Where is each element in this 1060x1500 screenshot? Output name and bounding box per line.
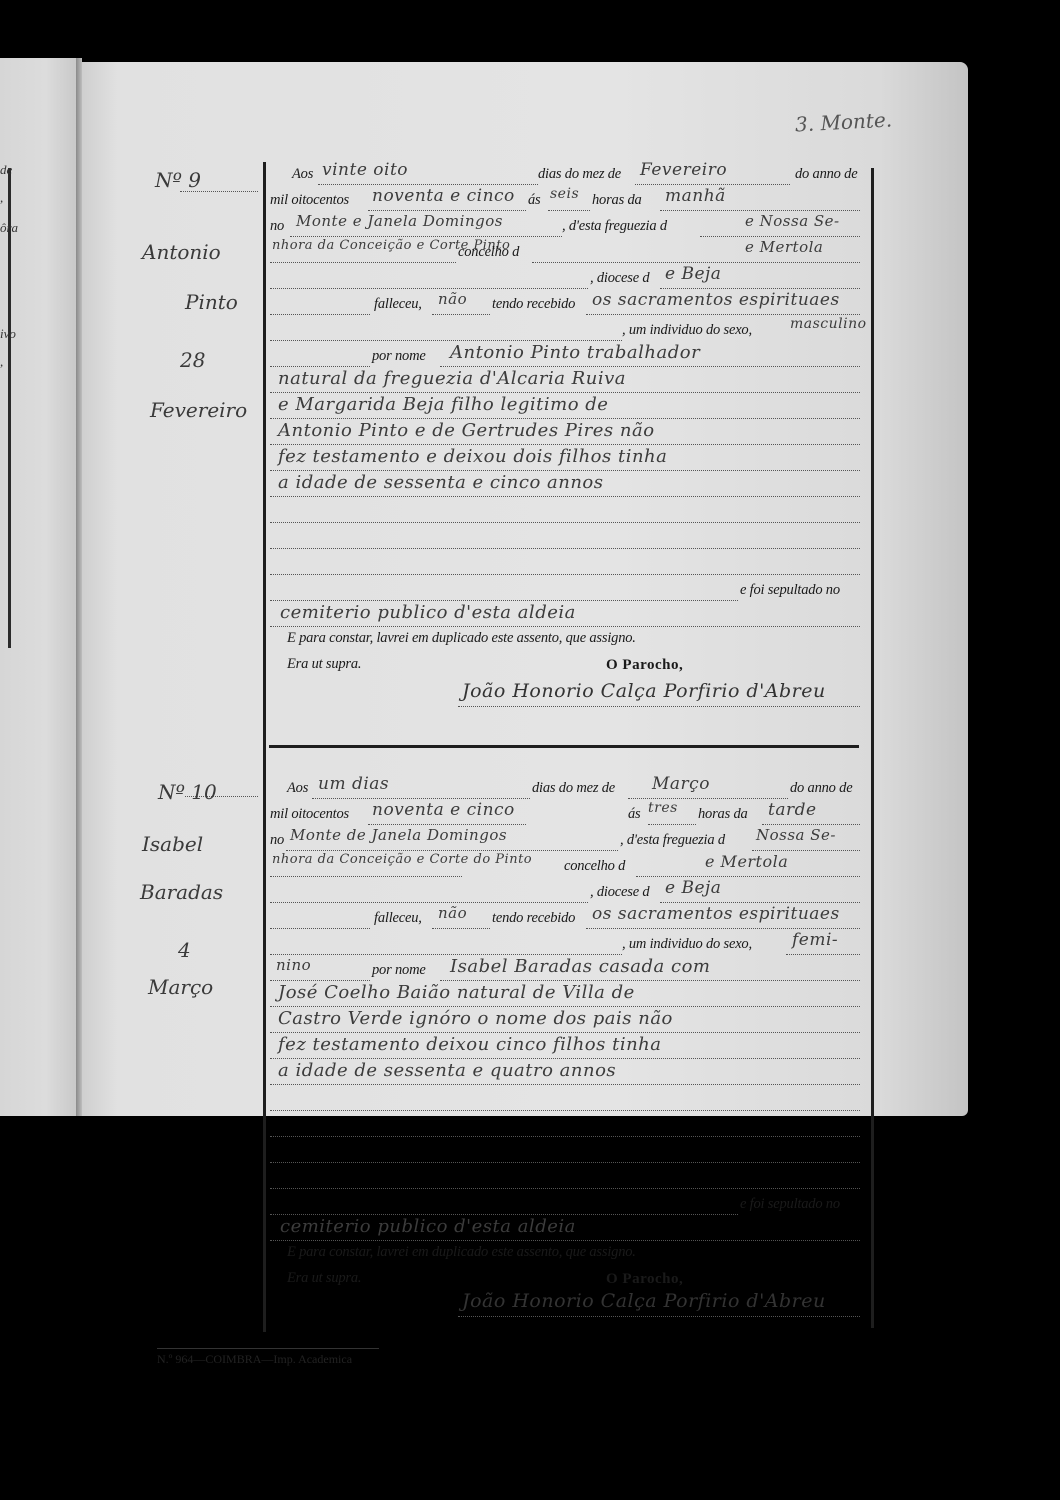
dotted-line: [270, 928, 370, 929]
dotted-line: [270, 366, 370, 367]
priest-signature: João Honorio Calça Porfirio d'Abreu: [462, 680, 826, 702]
dotted-line: [270, 548, 860, 549]
dotted-line: [752, 850, 860, 851]
dotted-line: [270, 1110, 860, 1111]
label-por-nome: por nome: [372, 962, 426, 979]
dotted-line: [648, 824, 696, 825]
margin-name-last: Baradas: [140, 880, 223, 904]
dotted-line: [270, 1162, 860, 1163]
body-line: fez testamento deixou cinco filhos tinha: [278, 1034, 662, 1055]
dotted-line: [270, 340, 622, 341]
label-freguezia: , d'esta freguezia d: [562, 218, 667, 235]
dotted-line: [368, 210, 526, 211]
label-concelho: concelho d: [458, 244, 519, 261]
label-as: ás: [628, 806, 641, 823]
label-concelho: concelho d: [564, 858, 625, 875]
dotted-line: [786, 954, 860, 955]
month-value: Março: [652, 774, 710, 794]
label-mil-oitocentos: mil oitocentos: [270, 192, 349, 209]
dotted-line: [270, 574, 860, 575]
dotted-line: [660, 902, 860, 903]
label-dias-do-mez: dias do mez de: [538, 166, 621, 183]
parish-value-a: Nossa Se-: [756, 826, 836, 844]
left-page-fragment: ivo: [0, 326, 16, 342]
dotted-line: [636, 876, 860, 877]
label-horas-da: horas da: [592, 192, 642, 209]
label-sexo: , um individuo do sexo,: [622, 936, 752, 953]
margin-name-first: Antonio: [142, 240, 221, 264]
label-sepultado: e foi sepultado no: [740, 1196, 840, 1213]
name-value: Antonio Pinto trabalhador: [450, 342, 700, 363]
hour-value: seis: [550, 186, 579, 202]
cemetery-value: cemiterio publico d'esta aldeia: [280, 602, 576, 623]
dotted-line: [270, 1032, 860, 1033]
dotted-line: [290, 236, 562, 237]
left-page-fragment: ,: [0, 190, 3, 206]
concelho-value: e Mertola: [705, 852, 788, 871]
left-page-fragment: ôra: [0, 220, 18, 236]
label-tendo-recebido: tendo recebido: [492, 296, 575, 313]
sexo-value: masculino: [790, 316, 867, 332]
nao-value: não: [438, 904, 467, 922]
dotted-line: [458, 706, 860, 707]
dotted-line: [318, 184, 538, 185]
nao-value: não: [438, 290, 467, 308]
margin-month: Março: [148, 975, 213, 999]
dotted-line: [762, 824, 860, 825]
place-value: Monte e Janela Domingos: [296, 212, 503, 230]
left-page-fragment: ,: [0, 354, 3, 370]
body-line: a idade de sessenta e cinco annos: [278, 472, 604, 493]
dotted-line: [312, 798, 530, 799]
body-line: a idade de sessenta e quatro annos: [278, 1060, 616, 1081]
dotted-line: [432, 314, 490, 315]
parocho-label: O Parocho,: [606, 1271, 683, 1288]
margin-month: Fevereiro: [150, 398, 247, 422]
priest-signature: João Honorio Calça Porfirio d'Abreu: [462, 1290, 826, 1312]
day-value: vinte oito: [322, 160, 408, 180]
dotted-line: [432, 928, 490, 929]
dotted-line: [270, 522, 860, 523]
left-page-fragment: de: [0, 162, 12, 178]
dotted-line: [185, 796, 258, 797]
label-diocese: , diocese d: [590, 270, 649, 287]
hour-value: tres: [648, 800, 678, 816]
label-no: no: [270, 832, 284, 849]
sexo-value-continued: nino: [276, 956, 311, 974]
dotted-line: [660, 288, 860, 289]
entry-number: Nº 10: [158, 780, 217, 804]
body-line: natural da freguezia d'Alcaria Ruiva: [278, 368, 626, 389]
name-value: Isabel Baradas casada com: [450, 956, 710, 977]
margin-divider-line: [263, 162, 266, 1332]
label-por-nome: por nome: [372, 348, 426, 365]
day-value: um dias: [318, 774, 389, 794]
dotted-line: [532, 262, 860, 263]
dotted-line: [270, 902, 588, 903]
dotted-line: [628, 798, 788, 799]
dotted-line: [270, 496, 860, 497]
dotted-line: [635, 184, 790, 185]
dotted-line: [270, 288, 588, 289]
dotted-line: [286, 850, 618, 851]
dotted-line: [270, 1136, 860, 1137]
period-value: tarde: [768, 800, 817, 820]
entry-separator-line: [269, 745, 859, 748]
body-line: Castro Verde ignóro o nome dos pais não: [278, 1008, 673, 1029]
dotted-line: [270, 1058, 860, 1059]
label-mil-oitocentos: mil oitocentos: [270, 806, 349, 823]
left-page-rule: [8, 168, 11, 648]
label-diocese: , diocese d: [590, 884, 649, 901]
label-tendo-recebido: tendo recebido: [492, 910, 575, 927]
dotted-line: [270, 980, 370, 981]
parish-value-b: nhora da Conceição e Corte do Pinto: [272, 852, 532, 867]
dotted-line: [270, 954, 622, 955]
sacramentos-value: os sacramentos espirituaes: [592, 904, 840, 924]
dotted-line: [270, 600, 738, 601]
margin-name-last: Pinto: [185, 290, 238, 314]
diocese-value: e Beja: [665, 878, 721, 898]
dotted-line: [270, 418, 860, 419]
right-border-line: [871, 168, 874, 1328]
dotted-line: [270, 392, 860, 393]
dotted-line: [270, 314, 370, 315]
closing-statement: E para constar, lavrei em duplicado este…: [287, 630, 636, 647]
parocho-label: O Parocho,: [606, 657, 683, 674]
label-dias-do-mez: dias do mez de: [532, 780, 615, 797]
parish-value-a: e Nossa Se-: [745, 212, 840, 230]
closing-statement: E para constar, lavrei em duplicado este…: [287, 1244, 636, 1261]
month-value: Fevereiro: [640, 160, 727, 180]
sexo-value: femi-: [792, 930, 838, 950]
dotted-line: [660, 210, 860, 211]
label-as: ás: [528, 192, 541, 209]
printer-imprint: N.º 964—COIMBRA—Imp. Academica: [157, 1348, 379, 1367]
sacramentos-value: os sacramentos espirituaes: [592, 290, 840, 310]
margin-day: 4: [178, 938, 191, 962]
dotted-line: [270, 1188, 860, 1189]
dotted-line: [586, 314, 860, 315]
margin-name-first: Isabel: [142, 832, 203, 856]
label-aos: Aos: [292, 166, 313, 183]
dotted-line: [270, 1214, 738, 1215]
body-line: fez testamento e deixou dois filhos tinh…: [278, 446, 667, 467]
label-sexo: , um individuo do sexo,: [622, 322, 752, 339]
cemetery-value: cemiterio publico d'esta aldeia: [280, 1216, 576, 1237]
dotted-line: [270, 470, 860, 471]
dotted-line: [270, 1084, 860, 1085]
label-do-anno: do anno de: [795, 166, 857, 183]
dotted-line: [270, 1006, 860, 1007]
dotted-line: [270, 262, 456, 263]
dotted-line: [440, 980, 860, 981]
era-ut-supra: Era ut supra.: [287, 1270, 361, 1287]
corner-note: 3. Monte.: [794, 107, 892, 136]
left-page-edge: de , ôra ivo ,: [0, 58, 76, 1116]
body-line: e Margarida Beja filho legitimo de: [278, 394, 608, 415]
year-value: noventa e cinco: [372, 186, 515, 206]
diocese-value: e Beja: [665, 264, 721, 284]
label-sepultado: e foi sepultado no: [740, 582, 840, 599]
label-no: no: [270, 218, 284, 235]
dotted-line: [270, 444, 860, 445]
dotted-line: [180, 191, 258, 192]
dotted-line: [440, 366, 860, 367]
label-falleceu: falleceu,: [374, 296, 422, 313]
dotted-line: [270, 1240, 860, 1241]
label-freguezia: , d'esta freguezia d: [620, 832, 725, 849]
label-aos: Aos: [287, 780, 308, 797]
margin-day: 28: [180, 348, 205, 372]
dotted-line: [458, 1316, 860, 1317]
era-ut-supra: Era ut supra.: [287, 656, 361, 673]
place-value: Monte de Janela Domingos: [290, 826, 507, 844]
label-falleceu: falleceu,: [374, 910, 422, 927]
entry-number: Nº 9: [155, 168, 201, 192]
dotted-line: [270, 876, 462, 877]
body-line: Antonio Pinto e de Gertrudes Pires não: [278, 420, 655, 441]
period-value: manhã: [665, 186, 726, 206]
dotted-line: [270, 626, 860, 627]
dotted-line: [368, 824, 526, 825]
dotted-line: [700, 236, 860, 237]
dotted-line: [548, 210, 590, 211]
year-value: noventa e cinco: [372, 800, 515, 820]
label-do-anno: do anno de: [790, 780, 852, 797]
body-line: José Coelho Baião natural de Villa de: [278, 982, 635, 1003]
dotted-line: [586, 928, 860, 929]
concelho-value: e Mertola: [745, 238, 823, 256]
label-horas-da: horas da: [698, 806, 748, 823]
